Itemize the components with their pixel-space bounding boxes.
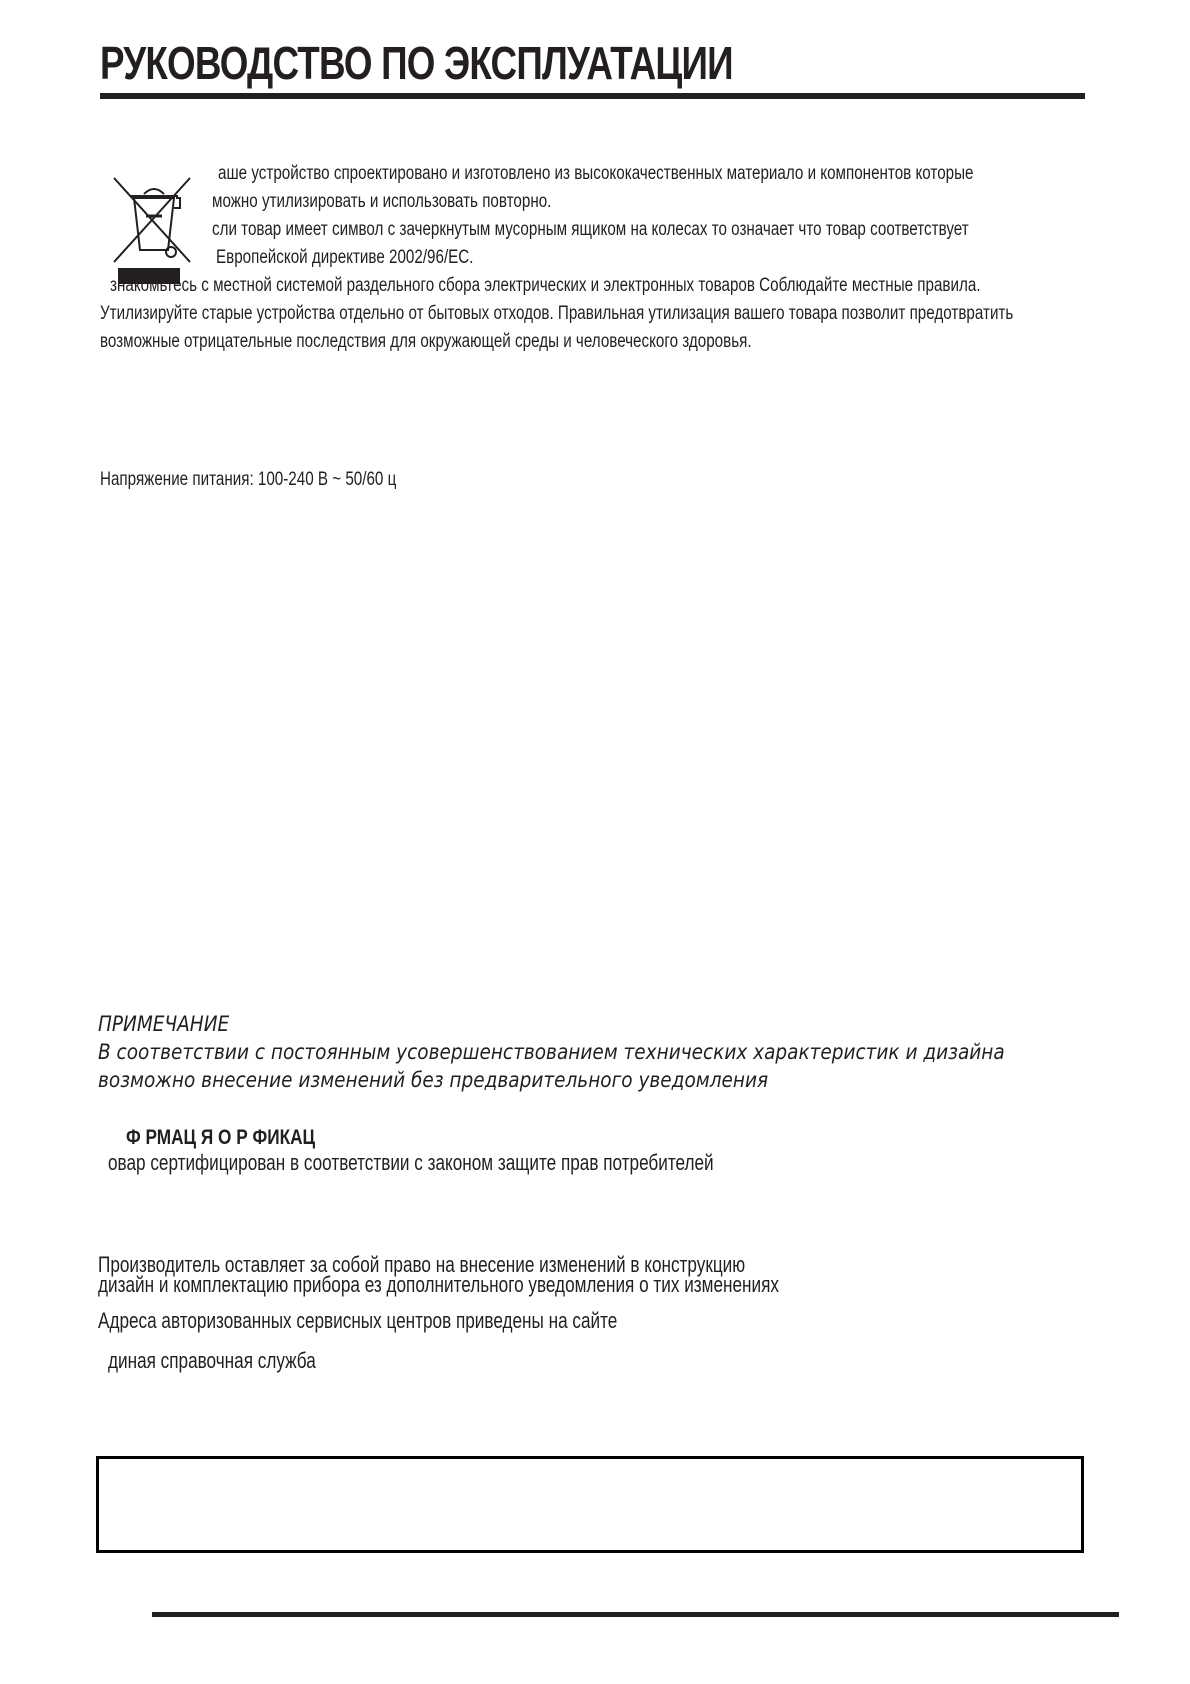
disposal-line: можно утилизировать и использовать повто… bbox=[212, 188, 551, 216]
disposal-paragraph-line: Утилизируйте старые устройства отдельно … bbox=[100, 300, 1013, 328]
page-title: РУКОВОДСТВО ПО ЭКСПЛУАТАЦИИ bbox=[100, 36, 733, 90]
helpline-text: диная справочная служба bbox=[108, 1350, 316, 1372]
note-text: возможно внесение изменений без предвари… bbox=[98, 1066, 768, 1094]
certification-text: овар сертифицирован в соответствии с зак… bbox=[108, 1152, 714, 1174]
certification-heading: Ф РМАЦ Я О Р ФИКАЦ bbox=[126, 1126, 315, 1150]
disposal-paragraph-line: знакомьтесь с местной системой раздельно… bbox=[110, 272, 981, 300]
disposal-line: Европейской директиве 2002/96/ЕС. bbox=[216, 244, 474, 272]
disposal-line: сли товар имеет символ с зачеркнутым мус… bbox=[212, 216, 969, 244]
disposal-line: аше устройство спроектировано и изготовл… bbox=[218, 160, 973, 188]
manufacturer-notice: дизайн и комплектацию прибора ез дополни… bbox=[98, 1274, 779, 1296]
title-divider bbox=[100, 93, 1085, 99]
crossed-out-wheelie-bin-icon bbox=[110, 174, 196, 286]
footer-divider bbox=[152, 1612, 1119, 1617]
note-heading: ПРИМЕЧАНИЕ bbox=[98, 1010, 229, 1038]
power-supply-spec: Напряжение питания: 100-240 В ~ 50/60 ц bbox=[100, 466, 396, 494]
service-centers-text: Адреса авторизованных сервисных центров … bbox=[98, 1310, 617, 1332]
disposal-paragraph-line: возможные отрицательные последствия для … bbox=[100, 328, 752, 356]
info-box bbox=[96, 1456, 1084, 1553]
note-text: В соответствии с постоянным усовершенств… bbox=[98, 1038, 1005, 1066]
